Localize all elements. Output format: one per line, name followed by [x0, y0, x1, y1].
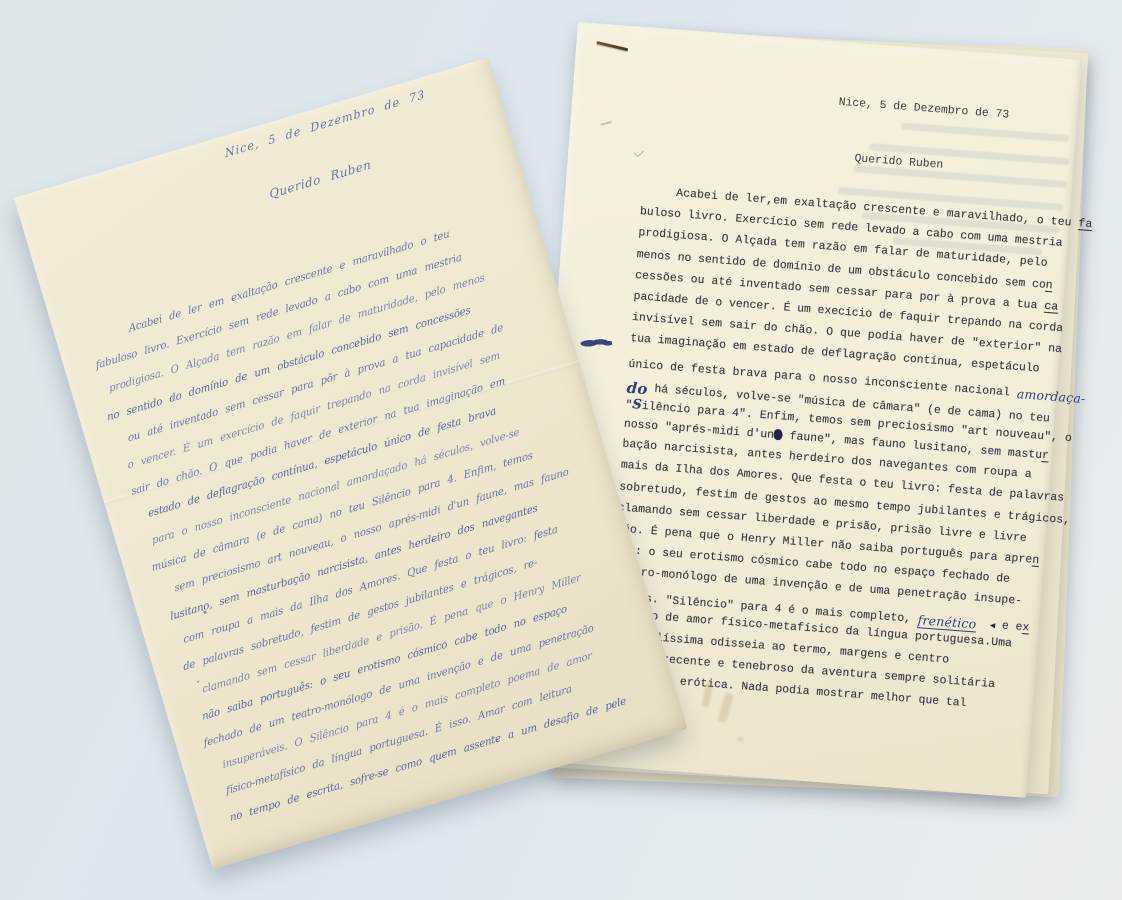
typed-letter-body: Acabei de ler,em exaltação crescente e m… — [604, 185, 1099, 726]
handwritten-insertion: do — [626, 378, 648, 398]
pencil-mark — [600, 121, 611, 125]
typed-text: ca — [1044, 301, 1059, 314]
handwritten-letter-body: Acabei de ler em exaltação crescente e m… — [82, 215, 640, 838]
handwritten-insertion: amordaça- — [1016, 385, 1086, 405]
handwritten-salutation: Querido Ruben — [268, 157, 372, 201]
typed-text: r — [1041, 450, 1049, 462]
typed-text: e e — [995, 620, 1023, 634]
ink-scribble-correction — [580, 337, 612, 349]
typed-text: n — [1045, 279, 1053, 291]
bleed-through-line — [901, 123, 1069, 142]
typed-text: x — [1022, 622, 1030, 634]
typed-text: n — [1032, 555, 1040, 567]
foxing-stain — [736, 736, 743, 743]
handwritten-date-line: Nice, 5 de Dezembro de 73 — [224, 87, 426, 160]
typed-text: fa — [1078, 218, 1093, 231]
staple — [596, 41, 628, 51]
pencil-checkmark — [634, 147, 645, 158]
handwritten-insertion: frenético — [917, 612, 977, 631]
photographed-letters-scene: Nice, 5 de Dezembro de 73 Querido Ruben … — [0, 0, 1122, 900]
typed-text — [976, 618, 991, 631]
bleed-through-line — [854, 165, 1068, 188]
typed-date-line: Nice, 5 de Dezembro de 73 — [838, 97, 1009, 122]
